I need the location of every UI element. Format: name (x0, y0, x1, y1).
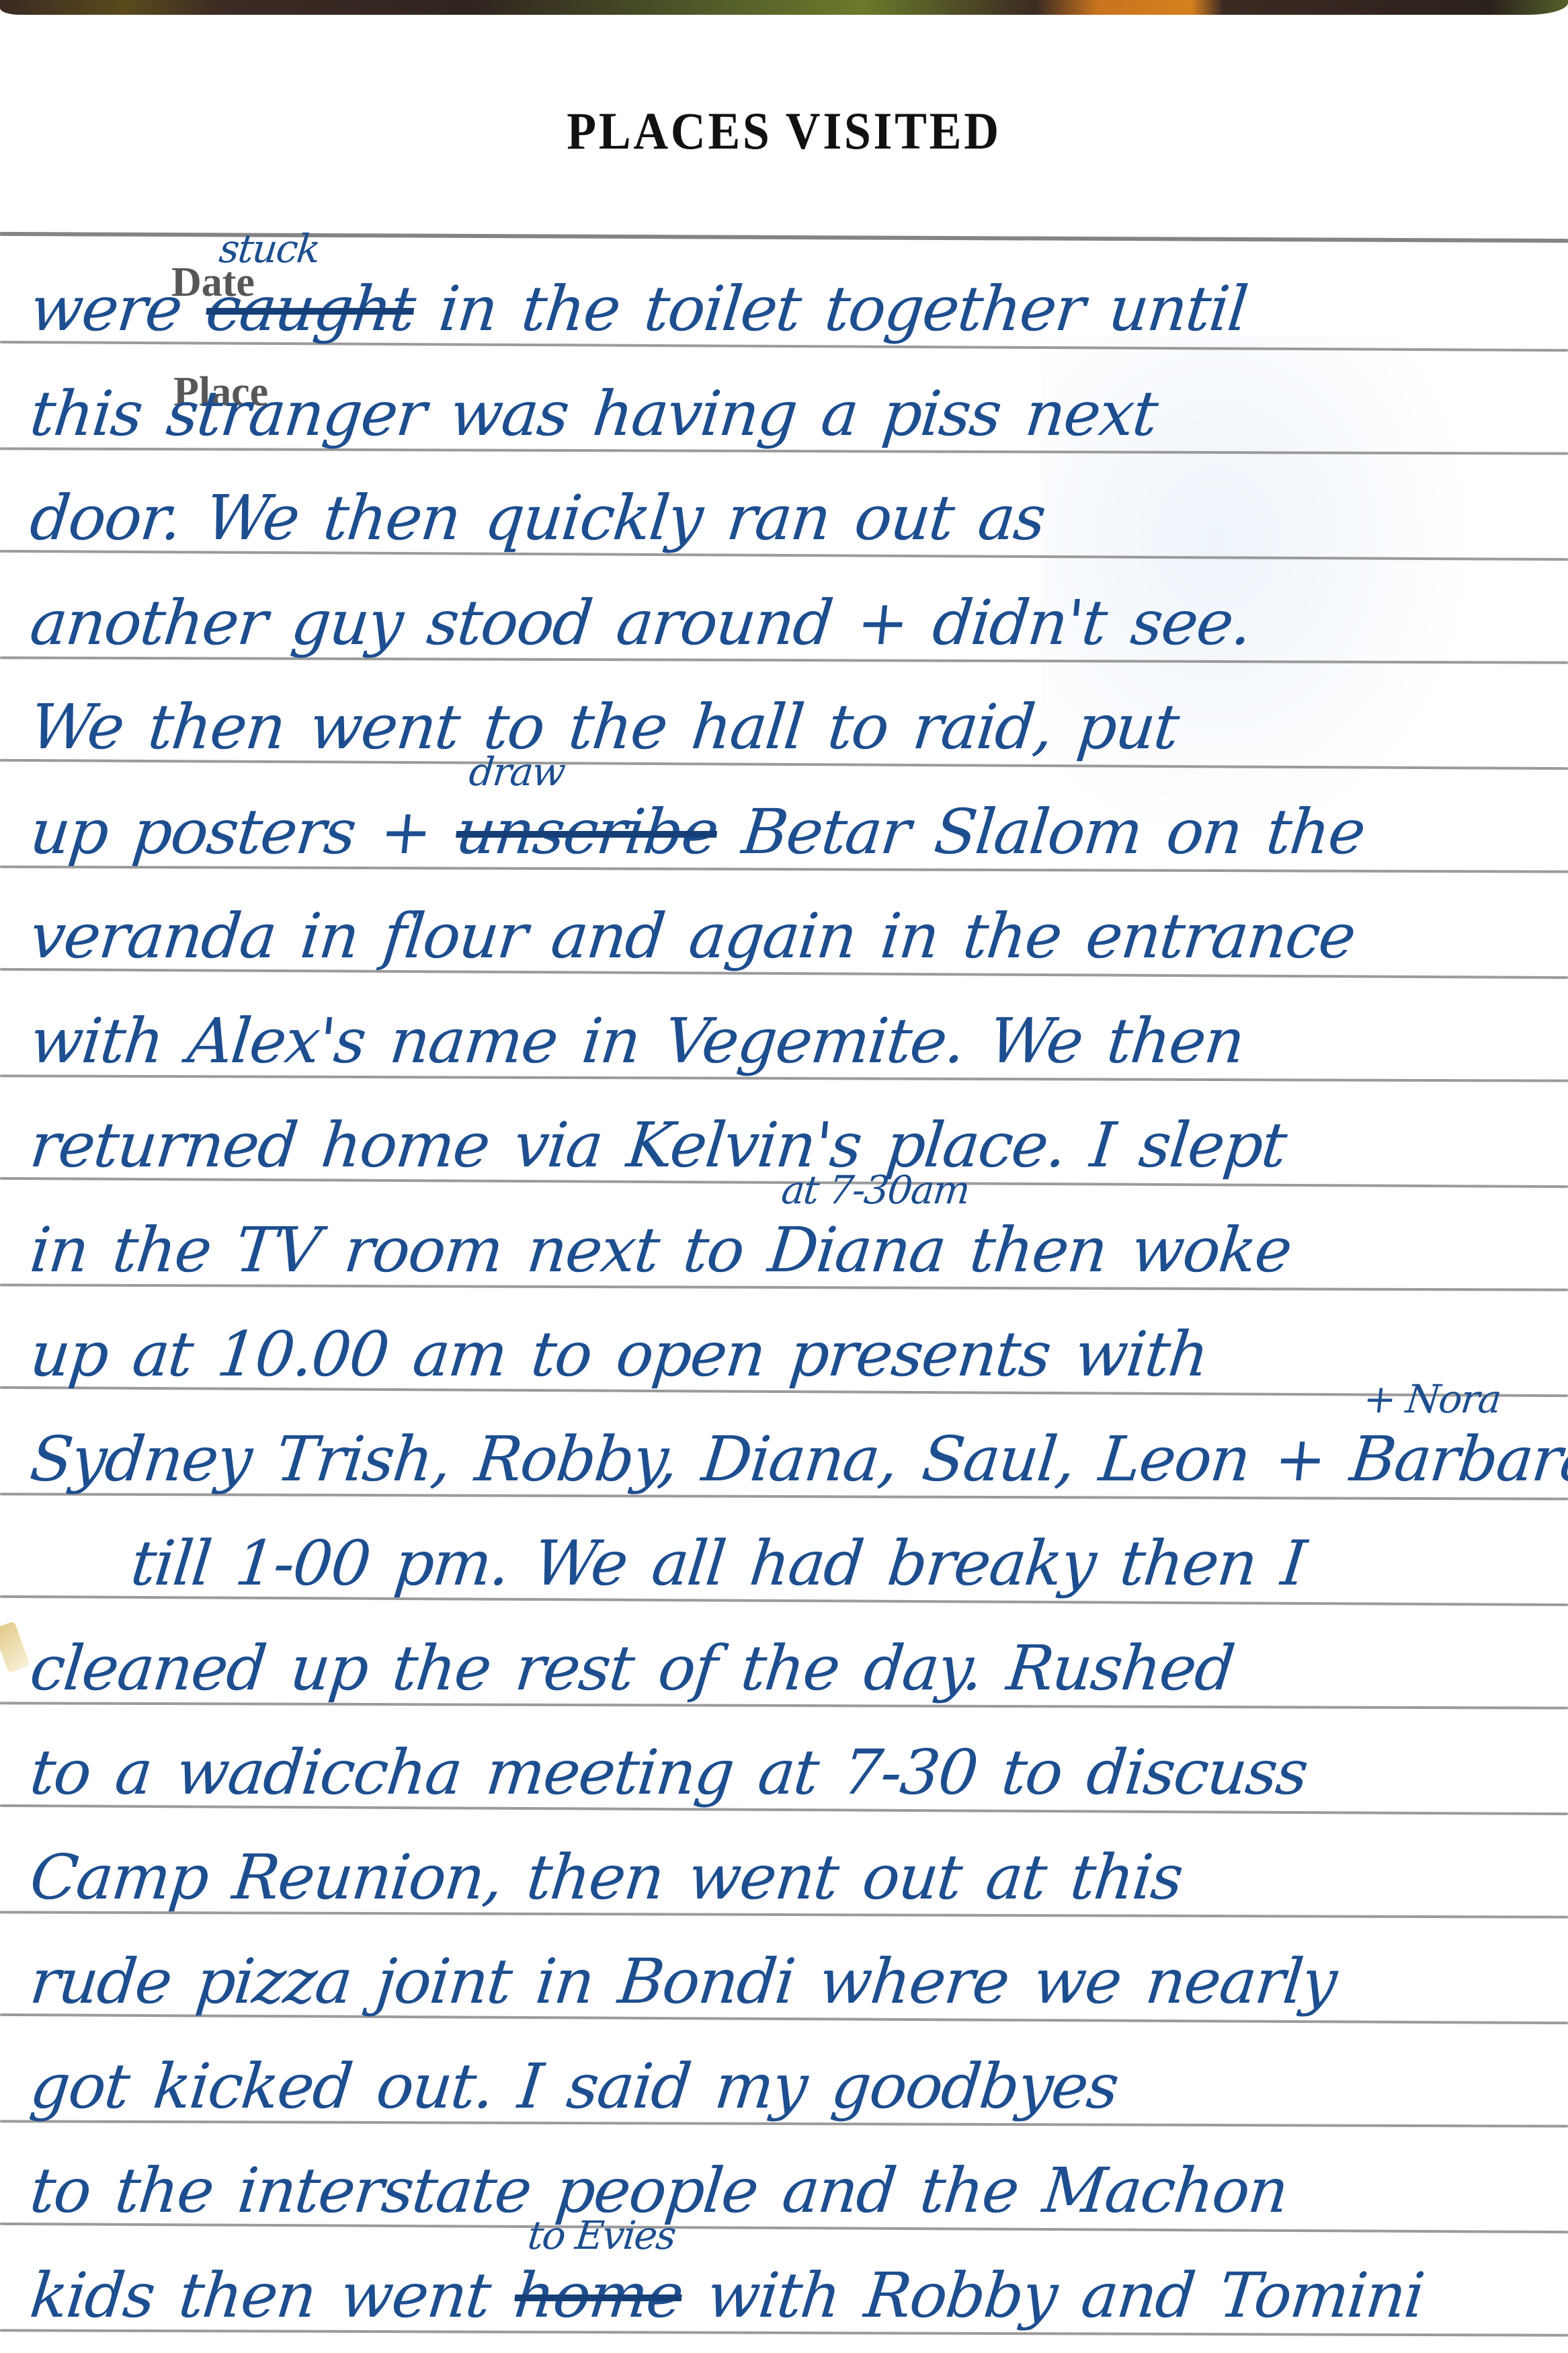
handwritten-word: up (27, 796, 111, 868)
margin-stain (0, 1621, 30, 1673)
handwritten-word: Rushed (1003, 1632, 1237, 1704)
handwritten-line: withAlex'snameinVegemite.Wethen (27, 983, 1568, 1077)
handwritten-word: rest (512, 1632, 637, 1704)
handwritten-word: another (27, 587, 270, 659)
handwritten-word: this (27, 378, 145, 450)
handwritten-word: ran (723, 482, 833, 554)
handwritten-word: to (528, 1318, 595, 1390)
inserted-correction: at 7-30am (780, 1167, 971, 1213)
handwritten-word: with (27, 1005, 167, 1077)
handwritten-word: day. (860, 1632, 985, 1704)
handwritten-word: We (202, 482, 302, 554)
handwritten-word: as (975, 482, 1048, 554)
handwritten-word: pizza (193, 1946, 355, 2018)
handwritten-word: nearly (1143, 1946, 1339, 2018)
handwritten-word: in (27, 1214, 91, 1286)
handwritten-word: with (1071, 1318, 1211, 1390)
handwritten-word: quickly (481, 482, 705, 554)
handwritten-word: at (755, 1737, 821, 1808)
handwritten-line: SydneyTrish,Robby,Diana,Saul,Leon+Barbar… (27, 1401, 1568, 1495)
handwritten-word: open (613, 1318, 768, 1390)
handwritten-word: Diana, (699, 1423, 901, 1495)
handwritten-line: verandainflourandagainintheentrance (27, 878, 1568, 972)
handwritten-word: hometo Evies (511, 2260, 686, 2331)
handwritten-word: Machon (1040, 2155, 1291, 2227)
handwritten-word: see. (1128, 587, 1255, 659)
handwritten-word: I (515, 2050, 546, 2122)
handwritten-line: kidsthenwenthometo EvieswithRobbyandTomi… (27, 2237, 1568, 2331)
handwritten-word: discuss (1083, 1737, 1311, 1808)
handwritten-word: We (530, 1527, 630, 1599)
handwritten-word: I (1278, 1527, 1309, 1599)
handwritten-word: raid, (909, 691, 1056, 763)
handwritten-word: wadiccha (173, 1737, 464, 1808)
handwritten-word: went (685, 1841, 841, 1913)
handwritten-word: returned (27, 1109, 300, 1181)
inserted-correction: + Nora (1361, 1376, 1502, 1422)
handwritten-word: at (129, 1318, 196, 1390)
handwritten-word: slept (1136, 1109, 1289, 1181)
handwritten-word: then (966, 1214, 1110, 1286)
handwritten-word: the (1263, 796, 1368, 868)
handwritten-word: the (738, 1632, 843, 1704)
handwritten-word: + (1271, 1423, 1329, 1495)
inserted-correction: stuck (217, 226, 321, 272)
handwritten-word: joint (373, 1946, 515, 2018)
handwritten-word: got (27, 2050, 132, 2122)
handwritten-line: werecaughtstuckinthetoilettogetheruntil (27, 251, 1568, 345)
handwritten-line: upat10.00amtoopenpresentswith (27, 1296, 1568, 1390)
handwritten-word: all (649, 1527, 729, 1599)
handwritten-word: the (565, 691, 670, 763)
handwritten-line: thisstrangerwashavingapissnext (27, 356, 1568, 450)
handwritten-word: Alex's (184, 1005, 368, 1077)
handwritten-word: up (27, 1318, 111, 1390)
handwritten-word: put (1074, 691, 1182, 763)
handwritten-word: stranger (163, 378, 429, 450)
handwritten-word: Slalom (931, 796, 1145, 868)
handwritten-line: anotherguystoodaround+didn'tsee. (27, 565, 1568, 659)
handwritten-word: Dianaat 7-30am (765, 1214, 948, 1286)
handwritten-word: of (655, 1632, 720, 1704)
handwritten-word: didn't (930, 587, 1110, 659)
handwritten-word: woke (1128, 1214, 1294, 1286)
handwritten-word: unscribedraw (452, 796, 720, 868)
handwritten-word: Bondi (615, 1946, 798, 2018)
handwritten-word: posters (129, 796, 358, 868)
handwritten-word: in (436, 273, 500, 345)
handwritten-word: stood (423, 587, 595, 659)
handwritten-word: guy (288, 587, 405, 659)
handwritten-word: Reunion, (229, 1841, 505, 1913)
handwritten-word: kicked (150, 2050, 355, 2122)
page-title: PLACES VISITED (63, 101, 1505, 161)
notebook-cover-edge (0, 0, 1568, 15)
handwritten-word: at (983, 1841, 1049, 1913)
handwritten-word: entrance (1083, 900, 1358, 972)
handwritten-word: till (128, 1527, 214, 1599)
handwritten-word: room (341, 1214, 505, 1286)
handwritten-word: Betar (739, 796, 913, 868)
handwritten-word: around (613, 587, 835, 659)
handwritten-word: Tomini (1216, 2260, 1427, 2331)
handwritten-word: until (1106, 273, 1251, 345)
handwritten-word: the (518, 273, 623, 345)
handwritten-word: out (859, 1841, 964, 1913)
handwritten-word: interstate (235, 2155, 534, 2227)
handwritten-word: the (389, 1632, 494, 1704)
handwritten-word: 10.00 (214, 1318, 392, 1390)
handwritten-word: Saul, (919, 1423, 1078, 1495)
handwritten-word: name (386, 1005, 561, 1077)
handwritten-word: the (917, 2155, 1022, 2227)
handwritten-word: said (563, 2050, 694, 2122)
handwritten-word: Barbara+ Nora (1347, 1423, 1568, 1495)
handwritten-word: Robby, (472, 1423, 681, 1495)
handwritten-word: were (27, 273, 185, 345)
handwritten-word: a (112, 1737, 155, 1808)
handwritten-word: to (27, 2155, 94, 2227)
handwritten-word: then (1104, 1005, 1247, 1077)
handwritten-word: in (579, 1005, 643, 1077)
handwritten-word: + (376, 796, 434, 868)
handwritten-word: We (27, 691, 127, 763)
inserted-correction: to Evies (526, 2212, 677, 2258)
handwritten-word: then (320, 482, 463, 554)
handwritten-word: and (1078, 2260, 1198, 2331)
handwritten-word: this (1067, 1841, 1186, 1913)
handwritten-word: the (110, 1214, 214, 1286)
handwritten-word: then (175, 2260, 319, 2331)
handwritten-word: breaky (884, 1527, 1099, 1599)
handwritten-word: next (1022, 378, 1161, 450)
handwritten-word: on (1163, 796, 1245, 868)
handwritten-word: door. (27, 482, 184, 554)
handwritten-line: intheTVroomnexttoDianaat 7-30amthenwoke (27, 1192, 1568, 1286)
handwritten-word: went (337, 2260, 493, 2331)
handwritten-word: having (589, 378, 800, 450)
inserted-correction: draw (467, 749, 567, 795)
handwritten-word: out. (373, 2050, 497, 2122)
handwritten-word: toilet (641, 273, 804, 345)
handwritten-word: via (511, 1109, 606, 1181)
handwritten-word: then (145, 691, 288, 763)
handwritten-word: to (825, 691, 892, 763)
handwritten-word: out (852, 482, 957, 554)
handwritten-word: Leon (1096, 1423, 1253, 1495)
handwritten-word: hall (688, 691, 807, 763)
handwritten-word: home (318, 1109, 493, 1181)
handwritten-word: meeting (483, 1737, 737, 1808)
handwritten-line: rudepizzajointinBondiwherewenearly (27, 1923, 1568, 2018)
handwritten-line: CampReunion,thenwentoutatthis (27, 1819, 1568, 1913)
handwritten-word: together (821, 273, 1087, 345)
handwritten-word: We (986, 1005, 1086, 1077)
handwritten-word: then (524, 1841, 667, 1913)
handwritten-word: and (779, 2155, 899, 2227)
handwritten-word: next (524, 1214, 662, 1286)
handwritten-word: TV (232, 1214, 323, 1286)
handwritten-word: cleaned (27, 1632, 269, 1704)
handwritten-word: presents (786, 1318, 1054, 1390)
handwritten-word: + (854, 587, 911, 659)
handwritten-word: was (446, 378, 571, 450)
handwritten-word: the (112, 2155, 216, 2227)
handwritten-word: in (532, 1946, 597, 2018)
handwritten-word: then (1116, 1527, 1260, 1599)
handwritten-line: toawadicchameetingat7-30todiscuss (27, 1714, 1568, 1808)
handwritten-word: we (1030, 1946, 1124, 2018)
handwritten-line: till1-00pm.WeallhadbreakythenI (27, 1505, 1568, 1599)
handwritten-word: in (297, 900, 362, 972)
handwritten-word: went (306, 691, 462, 763)
handwritten-line: totheinterstatepeopleandtheMachon (27, 2132, 1568, 2227)
handwritten-word: to (27, 1737, 94, 1808)
handwritten-line: upposters+unscribedrawBetarSlalomonthe (27, 774, 1568, 868)
handwritten-word: pm. (391, 1527, 513, 1599)
handwritten-word: a (818, 378, 861, 450)
handwritten-line: gotkickedout.Isaidmygoodbyes (27, 2028, 1568, 2122)
handwritten-word: 1-00 (232, 1527, 373, 1599)
handwritten-word: the (960, 900, 1065, 972)
handwritten-word: with (704, 2260, 843, 2331)
handwritten-word: Trish, (273, 1423, 454, 1495)
handwritten-word: to (680, 1214, 747, 1286)
handwritten-word: to (998, 1737, 1065, 1808)
handwritten-word: and (548, 900, 667, 972)
handwritten-word: am (409, 1318, 509, 1390)
handwritten-word: rude (27, 1946, 175, 2018)
handwritten-word: in (877, 900, 942, 972)
handwritten-word: again (686, 900, 860, 972)
handwritten-word: veranda (27, 900, 279, 972)
handwritten-word: goodbyes (828, 2050, 1121, 2122)
handwritten-line: door.Wethenquicklyranoutas (27, 460, 1568, 554)
handwritten-word: flour (380, 900, 530, 972)
handwritten-word: Sydney (27, 1423, 255, 1495)
handwritten-word: had (747, 1527, 866, 1599)
handwritten-word: caughtstuck (203, 273, 418, 345)
handwritten-word: I (1087, 1109, 1118, 1181)
handwritten-word: where (816, 1946, 1012, 2018)
handwritten-word: piss (879, 378, 1004, 450)
handwritten-word: my (712, 2050, 810, 2122)
handwritten-word: 7-30 (839, 1737, 981, 1808)
handwritten-word: Camp (27, 1841, 212, 1913)
handwritten-word: Vegemite. (661, 1005, 968, 1077)
handwritten-line: Wethenwenttothehalltoraid,put (27, 669, 1568, 763)
handwritten-word: Robby (861, 2260, 1060, 2331)
handwritten-word: up (287, 1632, 371, 1704)
handwritten-line: cleaneduptherestoftheday.Rushed (27, 1610, 1568, 1704)
handwritten-word: kids (27, 2260, 158, 2331)
